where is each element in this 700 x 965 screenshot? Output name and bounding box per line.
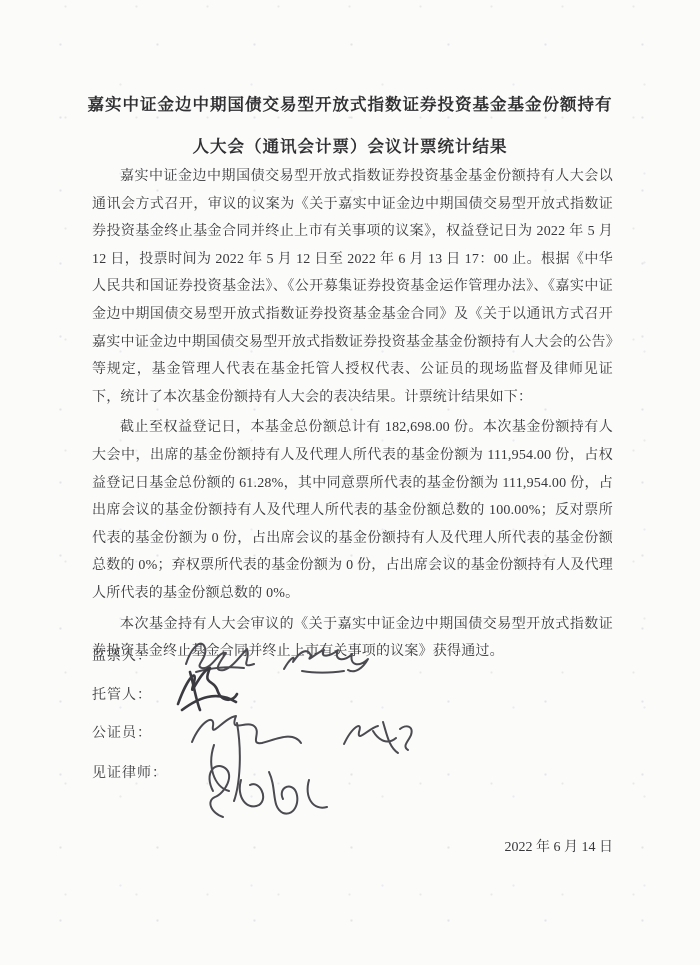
custodian-label: 托管人： [92,684,152,704]
paragraph-meeting-overview: 嘉实中证金边中期国债交易型开放式指数证券投资基金基金份额持有人大会以通讯会方式召… [92,163,613,411]
document-date: 2022 年 6 月 14 日 [92,836,613,856]
document-body: 嘉实中证金边中期国债交易型开放式指数证券投资基金基金份额持有人大会以通讯会方式召… [92,163,613,669]
scanned-document-page: 嘉实中证金边中期国债交易型开放式指数证券投资基金基金份额持有人大会（通讯会计票）… [0,0,700,965]
custodian-signature [178,668,237,710]
paragraph-resolution-passed: 本次基金持有人大会审议的《关于嘉实中证金边中期国债交易型开放式指数证券投资基金终… [92,611,613,666]
paragraph-vote-statistics: 截止至权益登记日，本基金总份额总计有 182,698.00 份。本次基金份额持有… [92,414,613,607]
witness-lawyer-label: 见证律师： [92,762,167,782]
document-title: 嘉实中证金边中期国债交易型开放式指数证券投资基金基金份额持有人大会（通讯会计票）… [80,84,620,168]
notary-signature-1 [192,716,301,801]
notary-signature-2 [344,722,412,753]
witness-lawyer-signature [210,766,327,817]
notary-label: 公证员： [92,722,152,742]
scrutineer-label: 监票人： [92,645,152,665]
